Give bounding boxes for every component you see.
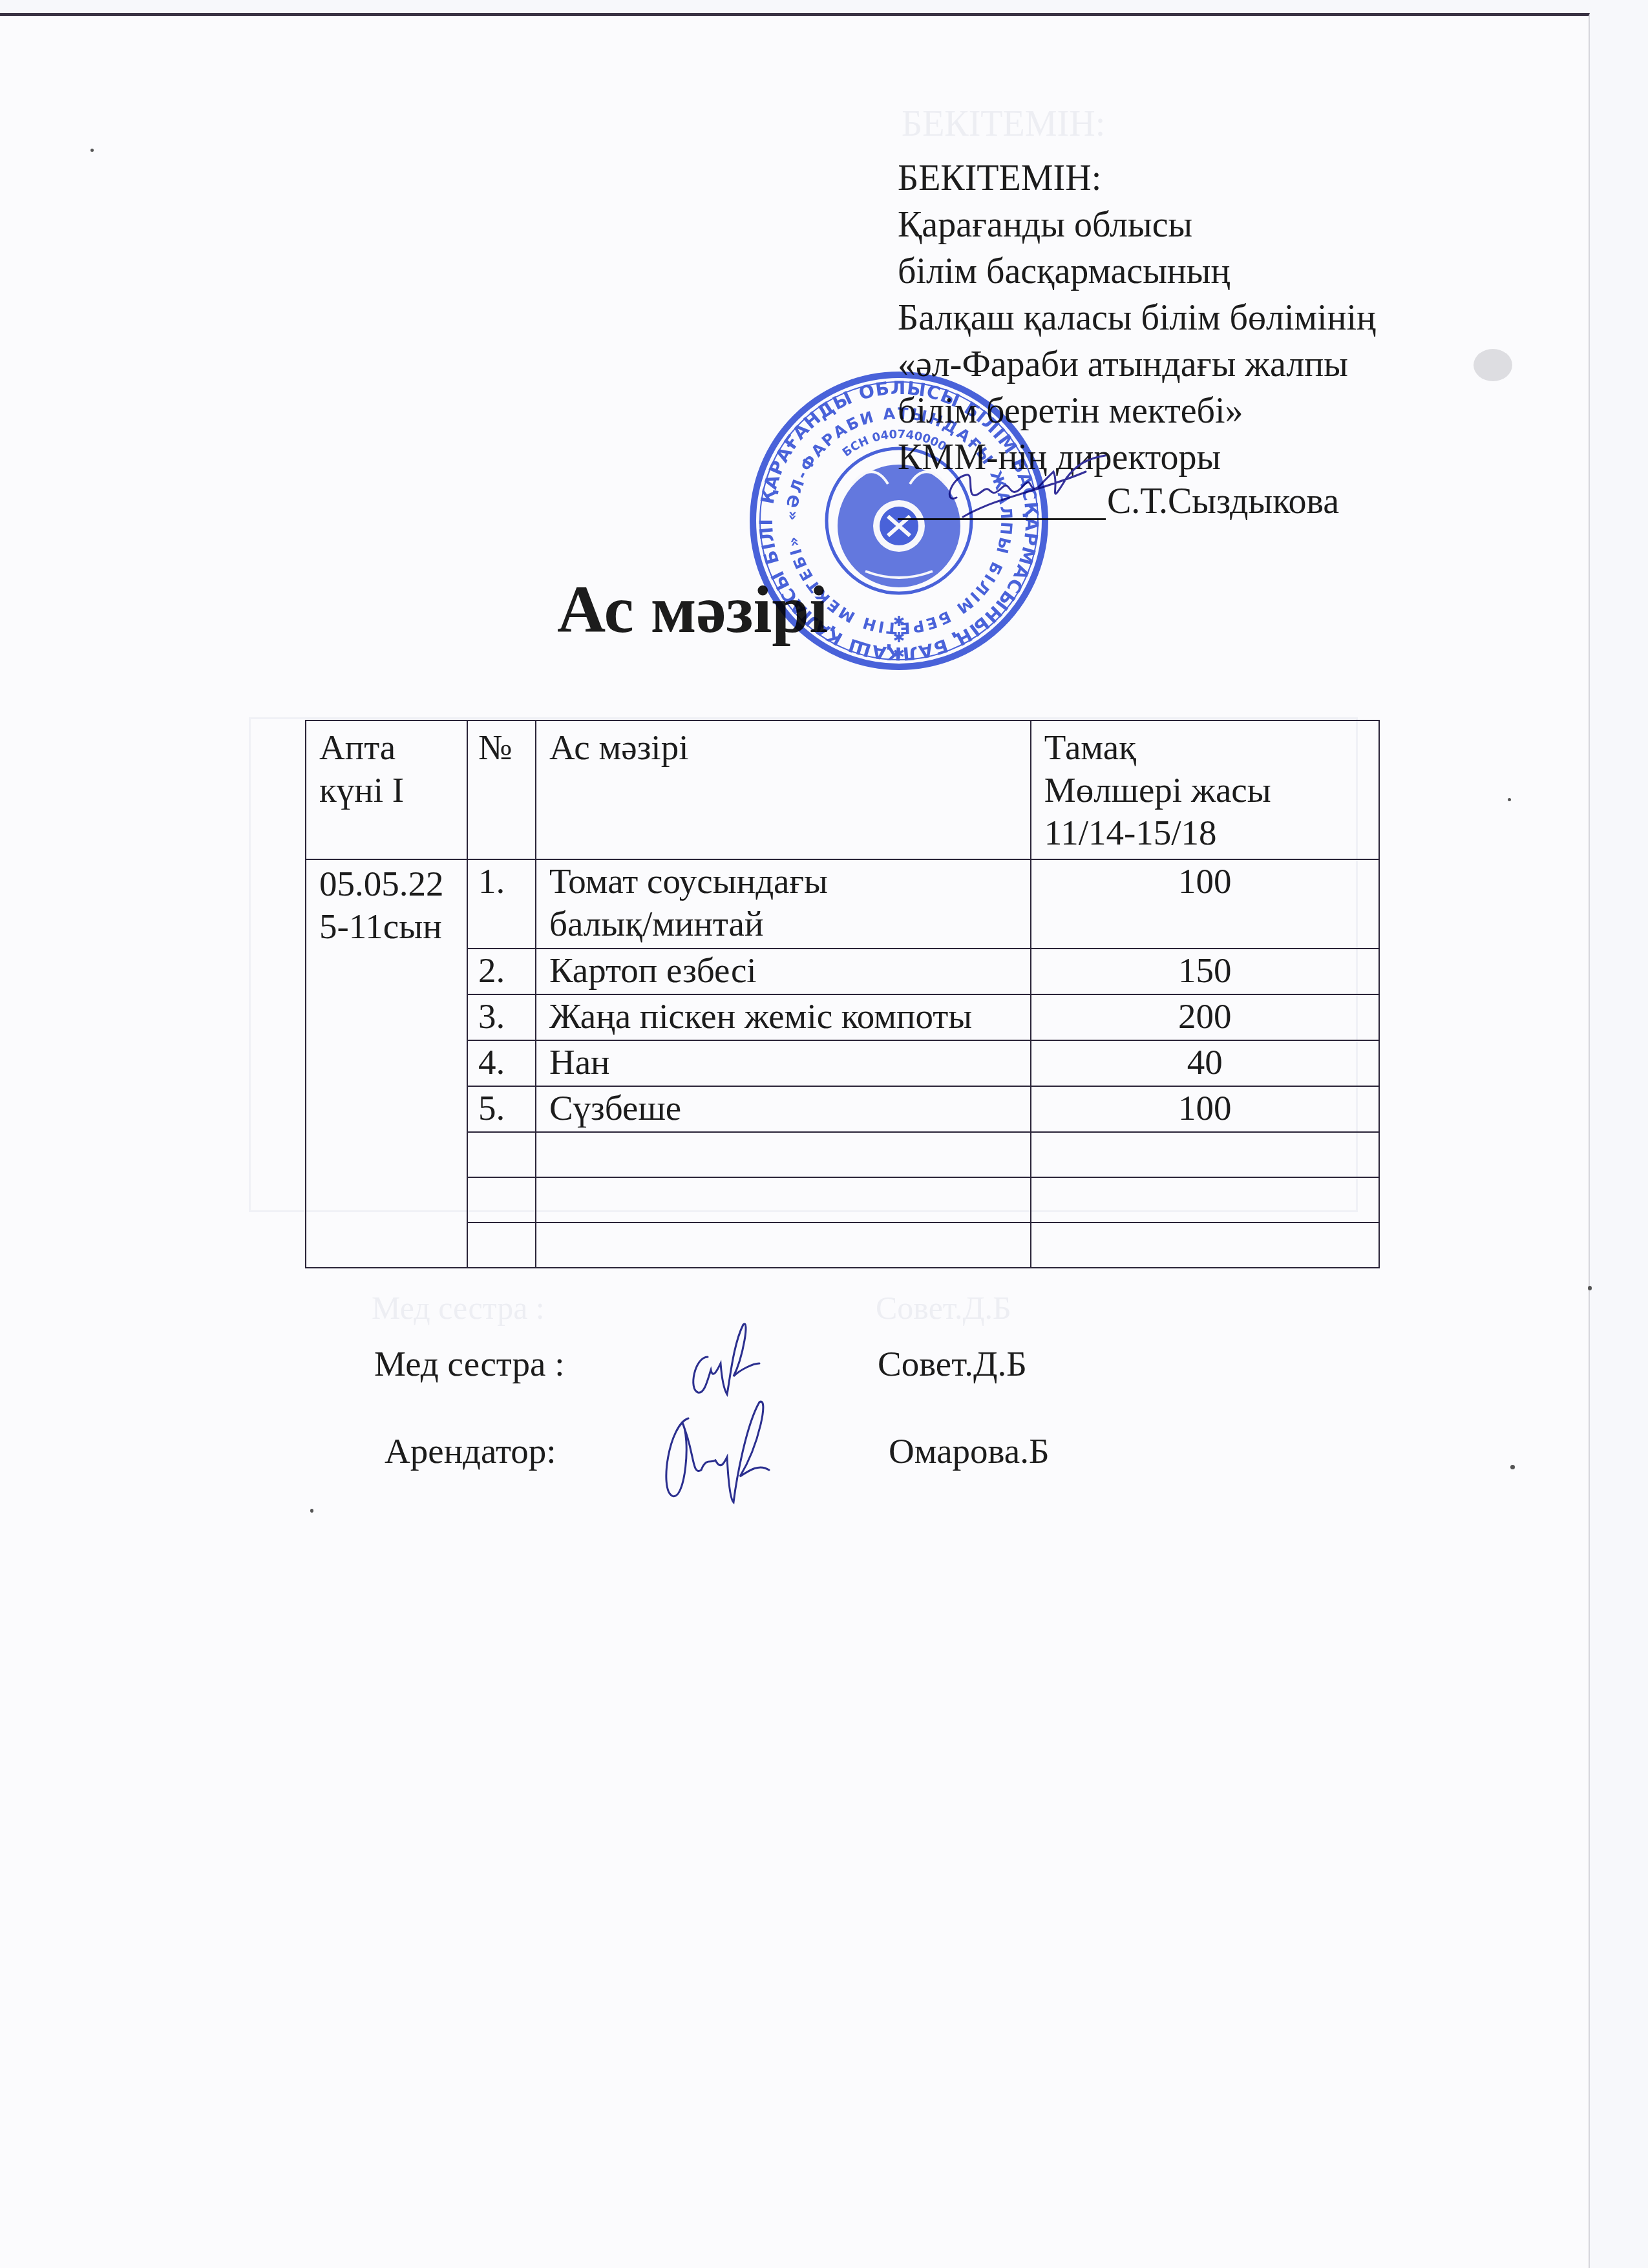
portion-value: 150 <box>1031 949 1379 994</box>
table-row: 4. Нан 40 <box>306 1040 1379 1086</box>
ghost-bleedthrough-nurse-name: Совет.Д.Б <box>876 1289 1011 1327</box>
header-portion: Тамақ Мөлшері жасы 11/14-15/18 <box>1031 720 1379 859</box>
header-number: № <box>467 720 536 859</box>
header-portion-line: Мөлшері жасы <box>1044 769 1366 812</box>
svg-text:✱: ✱ <box>893 629 905 646</box>
nurse-label: Мед сестра : <box>374 1343 565 1385</box>
portion-value <box>1031 1223 1379 1268</box>
table-row-empty <box>306 1223 1379 1268</box>
row-number <box>467 1223 536 1268</box>
ghost-bleedthrough-nurse: Мед сестра : <box>372 1289 545 1327</box>
scan-speck <box>1588 1286 1592 1290</box>
row-number: 3. <box>467 994 536 1040</box>
tenant-name: Омарова.Б <box>889 1430 1050 1473</box>
nurse-signature-icon <box>682 1318 772 1402</box>
dish-line: Томат соусындағы <box>549 860 1017 903</box>
table-row: 3. Жаңа піскен жеміс компоты 200 <box>306 994 1379 1040</box>
official-stamp-icon: ҚАРАҒАНДЫ ОБЛЫСЫ БІЛІМ БАСҚАРМАСЫНЫҢ БАЛ… <box>749 371 1049 671</box>
dish-name: Картоп езбесі <box>536 949 1031 994</box>
header-menu: Ас мәзірі <box>536 720 1031 859</box>
director-name: С.Т.Сыздыкова <box>1107 478 1339 525</box>
menu-grade: 5-11сын <box>319 905 454 948</box>
tenant-label: Арендатор: <box>385 1430 556 1473</box>
dish-name <box>536 1132 1031 1177</box>
header-day-line: Апта <box>319 726 454 769</box>
row-number <box>467 1177 536 1223</box>
svg-text:✱: ✱ <box>893 646 905 662</box>
nurse-name: Совет.Д.Б <box>878 1343 1027 1385</box>
dish-name: Жаңа піскен жеміс компоты <box>536 994 1031 1040</box>
menu-date: 05.05.22 <box>319 863 454 905</box>
scan-speck <box>1508 798 1511 801</box>
portion-value: 100 <box>1031 859 1379 949</box>
row-number: 4. <box>467 1040 536 1086</box>
dish-name <box>536 1177 1031 1223</box>
header-portion-line: Тамақ <box>1044 726 1366 769</box>
portion-value: 40 <box>1031 1040 1379 1086</box>
row-number: 5. <box>467 1086 536 1132</box>
portion-value: 200 <box>1031 994 1379 1040</box>
dish-name: Томат соусындағы балық/минтай <box>536 859 1031 949</box>
table-row: 05.05.22 5-11сын 1. Томат соусындағы бал… <box>306 859 1379 949</box>
portion-value: 100 <box>1031 1086 1379 1132</box>
tenant-signature-icon <box>656 1399 779 1509</box>
row-number: 2. <box>467 949 536 994</box>
scan-speck <box>1474 349 1512 381</box>
row-number: 1. <box>467 859 536 949</box>
dish-line: балық/минтай <box>549 903 1017 945</box>
table-header-row: Апта күні І № Ас мәзірі Тамақ Мөлшері жа… <box>306 720 1379 859</box>
scan-speck <box>1510 1465 1515 1469</box>
header-day: Апта күні І <box>306 720 467 859</box>
approval-line: Балқаш қаласы білім бөлімінің <box>898 295 1376 341</box>
header-portion-line: 11/14-15/18 <box>1044 812 1366 854</box>
scan-speck <box>310 1509 313 1513</box>
portion-value <box>1031 1177 1379 1223</box>
approval-line: Қарағанды облысы <box>898 202 1376 248</box>
table-row-empty <box>306 1132 1379 1177</box>
dish-name: Нан <box>536 1040 1031 1086</box>
menu-table: Апта күні І № Ас мәзірі Тамақ Мөлшері жа… <box>305 720 1380 1268</box>
header-day-line: күні І <box>319 769 454 812</box>
dish-name: Сүзбеше <box>536 1086 1031 1132</box>
ghost-bleedthrough-approval: БЕКІТЕМІН: <box>902 103 1105 145</box>
scan-speck <box>90 149 94 152</box>
table-row-empty <box>306 1177 1379 1223</box>
table-row: 2. Картоп езбесі 150 <box>306 949 1379 994</box>
table-row: 5. Сүзбеше 100 <box>306 1086 1379 1132</box>
svg-text:✱: ✱ <box>893 613 905 629</box>
portion-value <box>1031 1132 1379 1177</box>
row-number <box>467 1132 536 1177</box>
approval-line: білім басқармасының <box>898 248 1376 295</box>
dish-name <box>536 1223 1031 1268</box>
approval-heading: БЕКІТЕМІН: <box>898 155 1376 202</box>
date-cell: 05.05.22 5-11сын <box>306 859 467 1268</box>
